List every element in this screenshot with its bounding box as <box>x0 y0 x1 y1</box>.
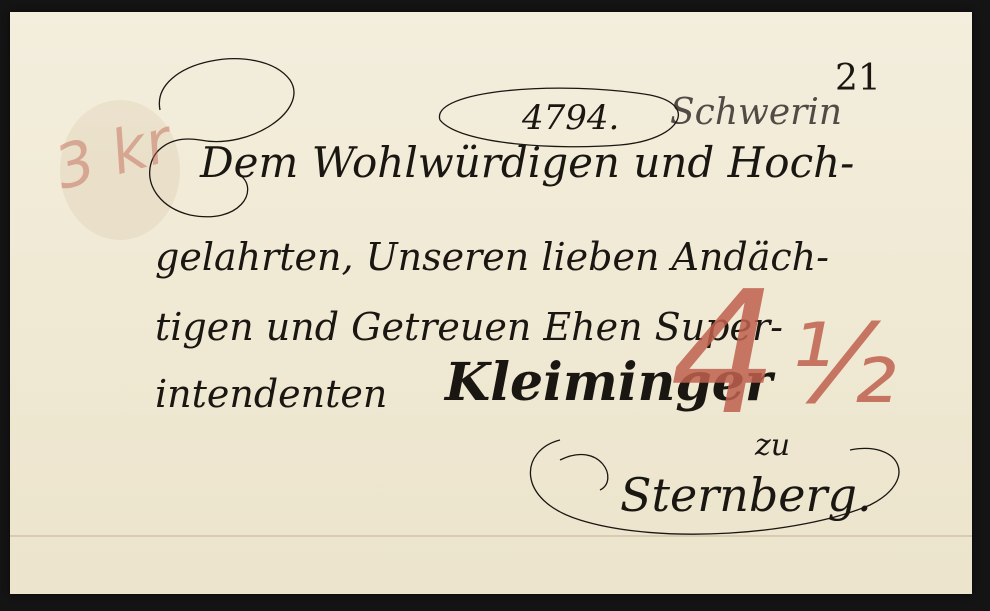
red-rate-mark: 4 <box>670 255 778 453</box>
address-line-1: Dem Wohlwürdigen und Hoch- <box>200 138 854 187</box>
destination: Sternberg. <box>620 468 872 522</box>
address-line-4: intendenten <box>155 372 387 416</box>
red-fraction-mark: ½ <box>790 300 897 428</box>
docket-number: 4794. <box>522 98 619 138</box>
postmark-town: Schwerin <box>670 92 842 133</box>
